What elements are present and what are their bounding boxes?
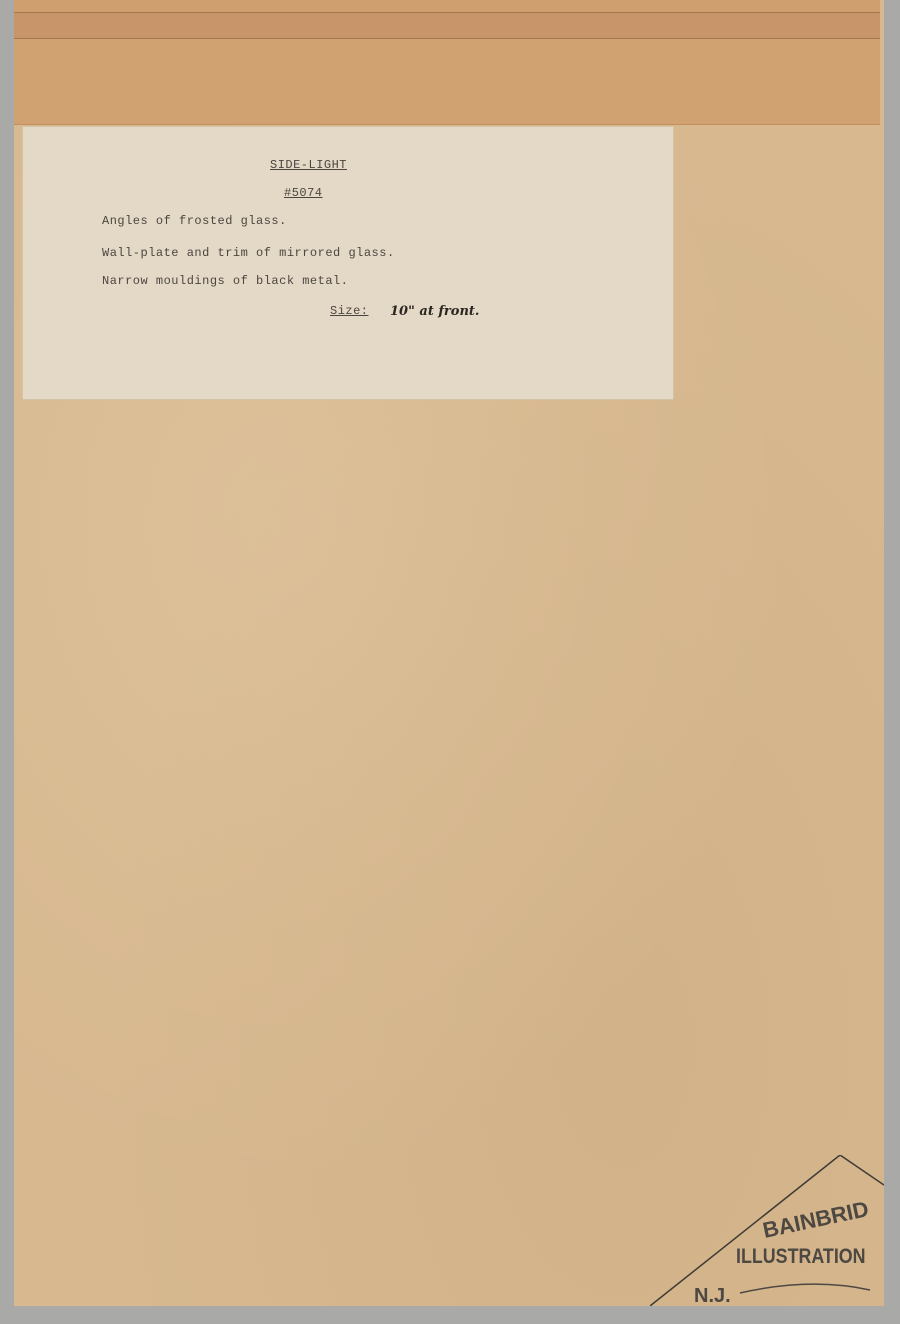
label-line-1: Angles of frosted glass.: [102, 214, 287, 228]
label-title: SIDE-LIGHT: [270, 158, 347, 172]
top-flap: [14, 0, 880, 13]
stamp-line-3: N.J.: [694, 1285, 731, 1306]
size-value-handwritten: 10" at front.: [390, 304, 479, 319]
tape-fold: [14, 12, 880, 39]
typed-label: SIDE-LIGHT #5074 Angles of frosted glass…: [22, 126, 674, 400]
bainbridge-stamp: BAINBRID ILLUSTRATION N.J.: [650, 1155, 884, 1306]
label-line-2: Wall-plate and trim of mirrored glass.: [102, 246, 395, 260]
size-label: Size:: [330, 304, 369, 318]
label-line-3: Narrow mouldings of black metal.: [102, 274, 348, 288]
label-number: #5074: [284, 186, 323, 200]
stamp-line-2: ILLUSTRATION: [736, 1245, 866, 1269]
